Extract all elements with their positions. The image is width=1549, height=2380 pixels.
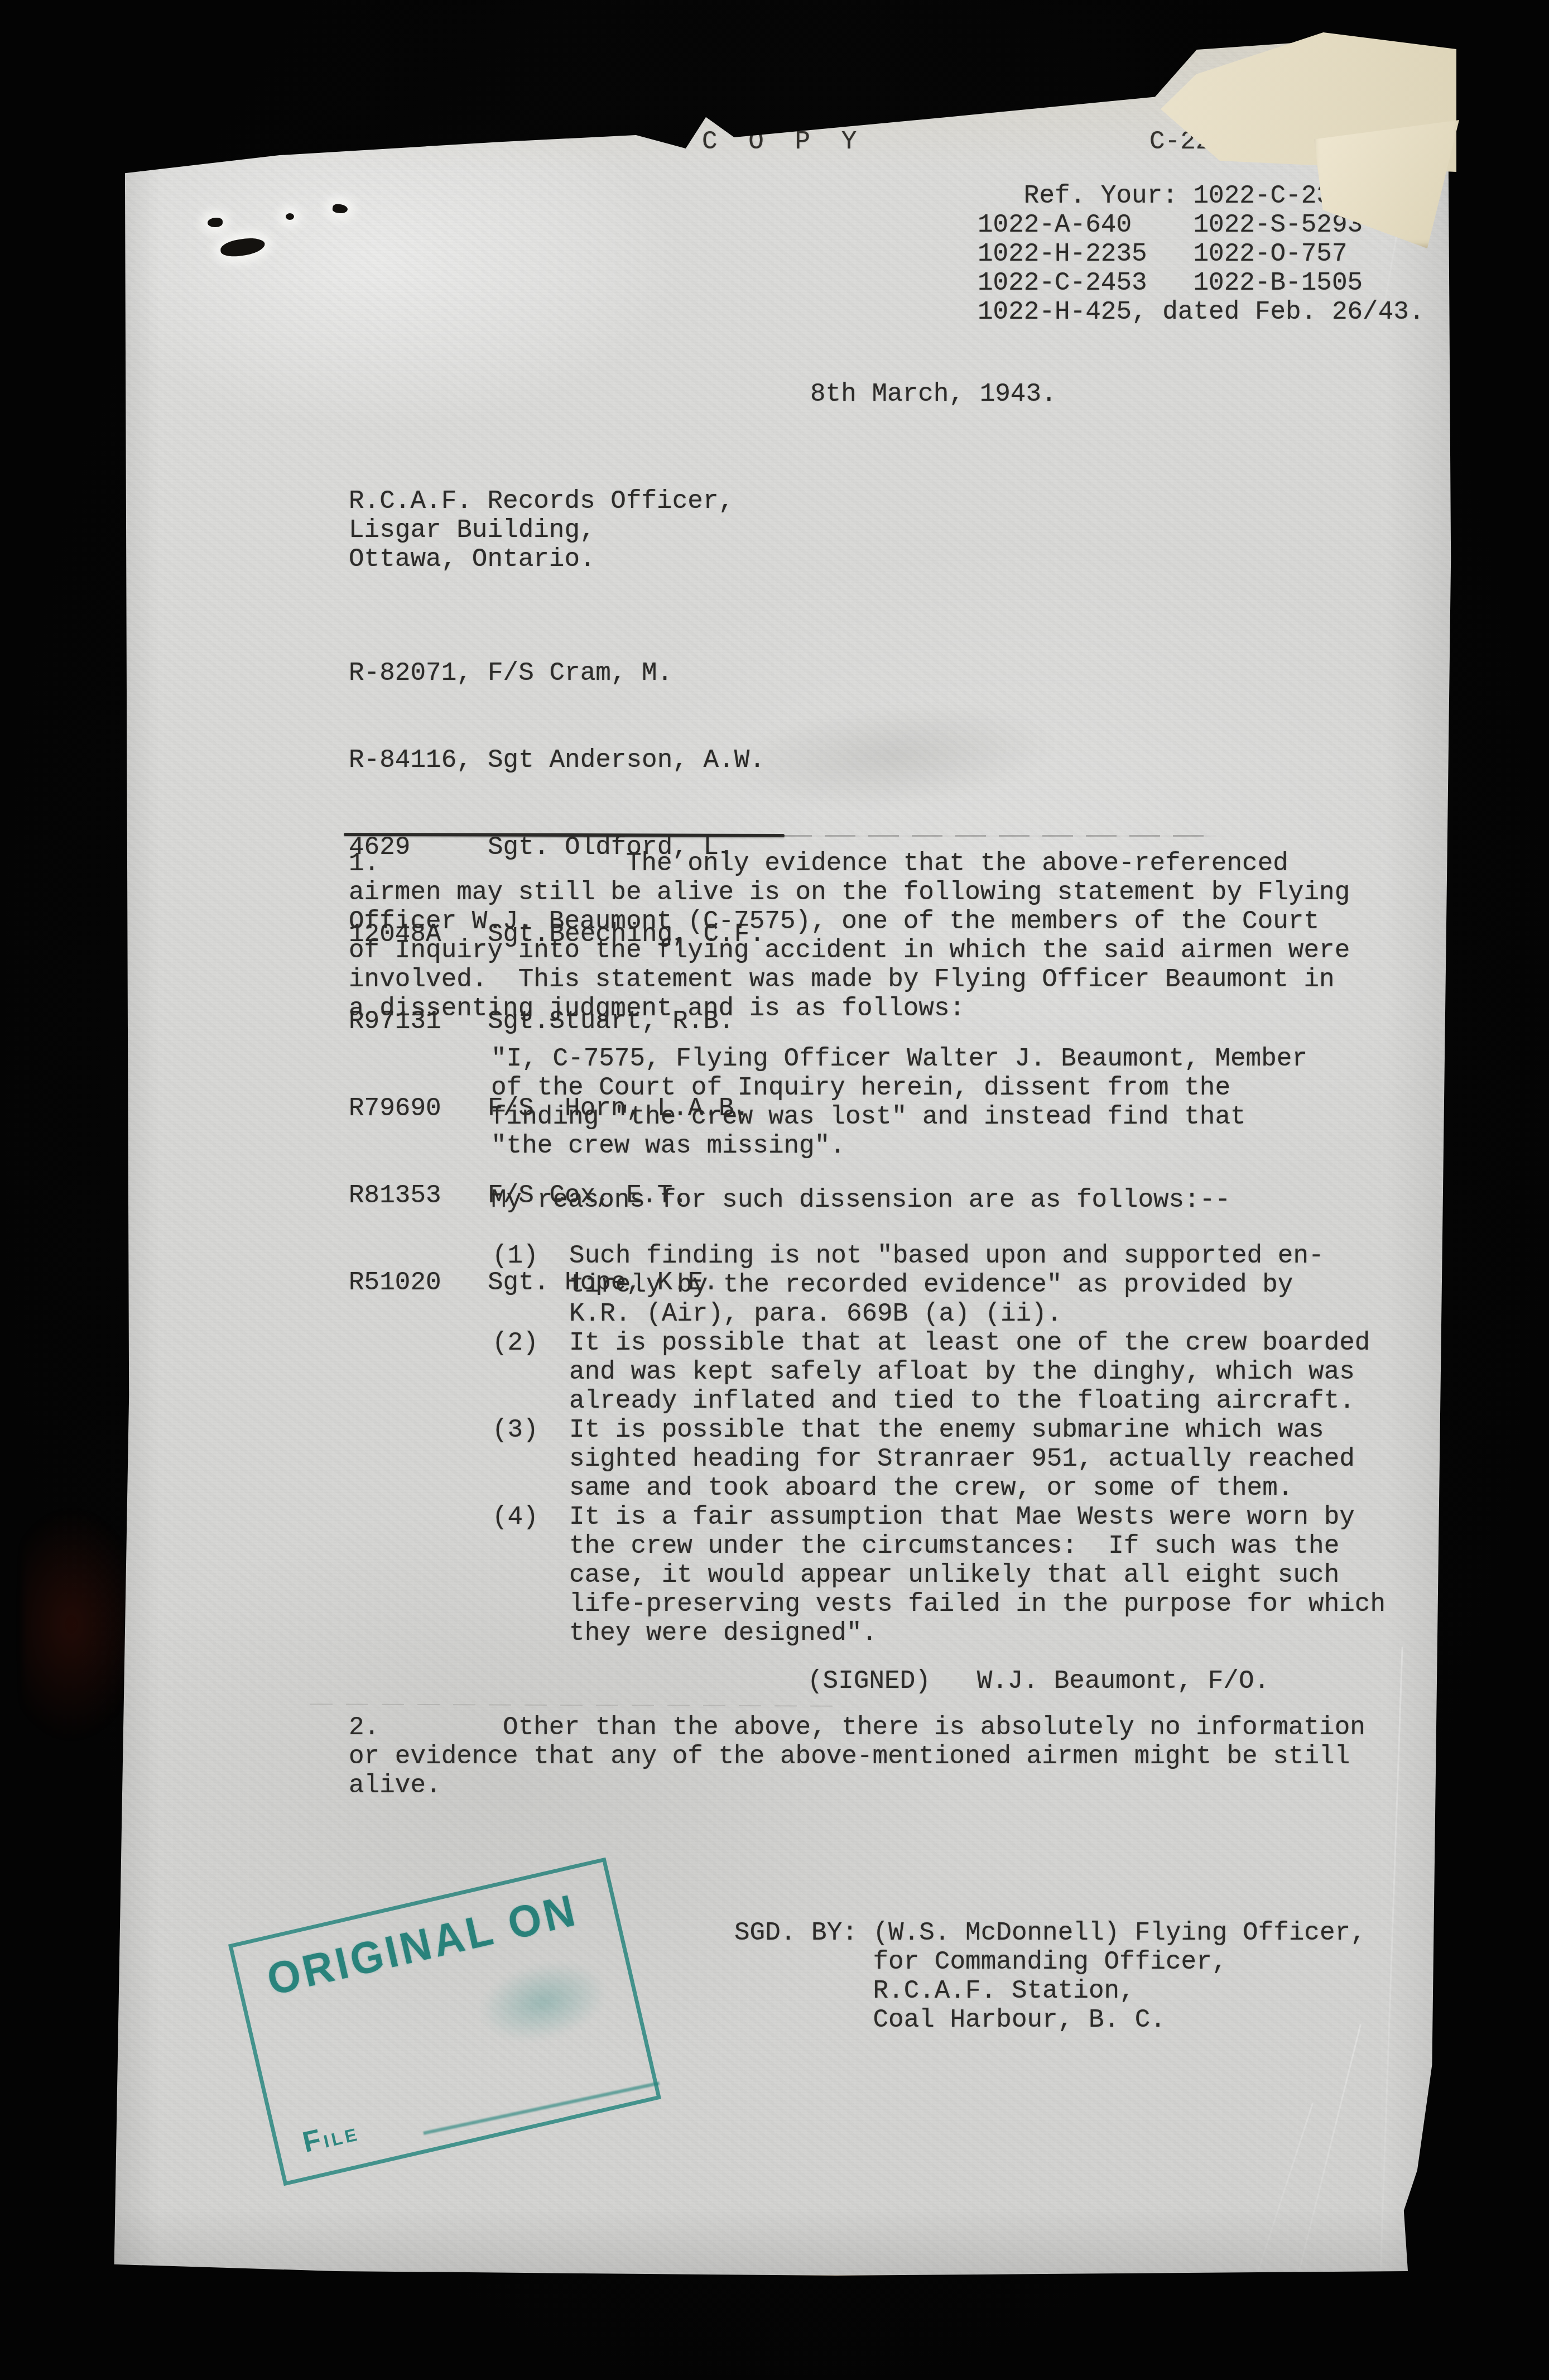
faint-underscore-line xyxy=(310,1704,840,1706)
paper-crease xyxy=(1296,2024,1362,2280)
signature-block: SGD. BY: (W.S. McDonnell) Flying Officer… xyxy=(734,1918,1366,2034)
airman-service-number: R-84116, xyxy=(349,746,488,775)
original-on-file-stamp: ORIGINAL ON FILE xyxy=(228,1858,661,2186)
airman-service-number: R-82071, xyxy=(349,659,488,688)
letter-page: C O P Y C-22-1 Ref. Your: 1022-C-2378 10… xyxy=(109,36,1454,2280)
scanned-document-photo: C O P Y C-22-1 Ref. Your: 1022-C-2378 10… xyxy=(0,0,1549,2380)
date-line: 8th March, 1943. xyxy=(810,380,1057,409)
airman-name: F/S Cram, M. xyxy=(488,659,672,688)
stamp-ink-smudge xyxy=(469,1949,617,2055)
numbered-reasons-list: (1) Such finding is not "based upon and … xyxy=(492,1241,1386,1648)
airman-service-number: R81353 xyxy=(349,1181,488,1210)
paragraph-1: 1. The only evidence that the above-refe… xyxy=(349,849,1350,1023)
airman-service-number: R51020 xyxy=(349,1268,488,1297)
ink-blot xyxy=(220,237,266,258)
ink-blot xyxy=(332,203,348,214)
signed-attribution-line: (SIGNED) W.J. Beaumont, F/O. xyxy=(807,1667,1269,1696)
ink-blot xyxy=(208,218,223,227)
ink-blot xyxy=(286,213,294,220)
list-underline-extension xyxy=(781,835,1216,837)
airman-row: R-84116,Sgt Anderson, A.W. xyxy=(349,746,765,775)
copy-label: C O P Y xyxy=(702,127,864,156)
dissent-quote: "I, C-7575, Flying Officer Walter J. Bea… xyxy=(491,1044,1307,1160)
airman-service-number: R79690 xyxy=(349,1094,488,1123)
airman-row: R-82071,F/S Cram, M. xyxy=(349,659,765,688)
airman-name: Sgt Anderson, A.W. xyxy=(488,746,765,775)
paragraph-2: 2. Other than the above, there is absolu… xyxy=(349,1713,1365,1800)
recipient-address: R.C.A.F. Records Officer, Lisgar Buildin… xyxy=(349,487,734,574)
paper-crease xyxy=(1255,2103,1314,2279)
reasons-intro-line: My reasons for such dissension are as fo… xyxy=(491,1186,1230,1215)
paper-bottom-edge xyxy=(109,2275,1454,2280)
stamp-text-file: FILE xyxy=(300,2114,362,2160)
paper-crease xyxy=(1379,1647,1403,2277)
